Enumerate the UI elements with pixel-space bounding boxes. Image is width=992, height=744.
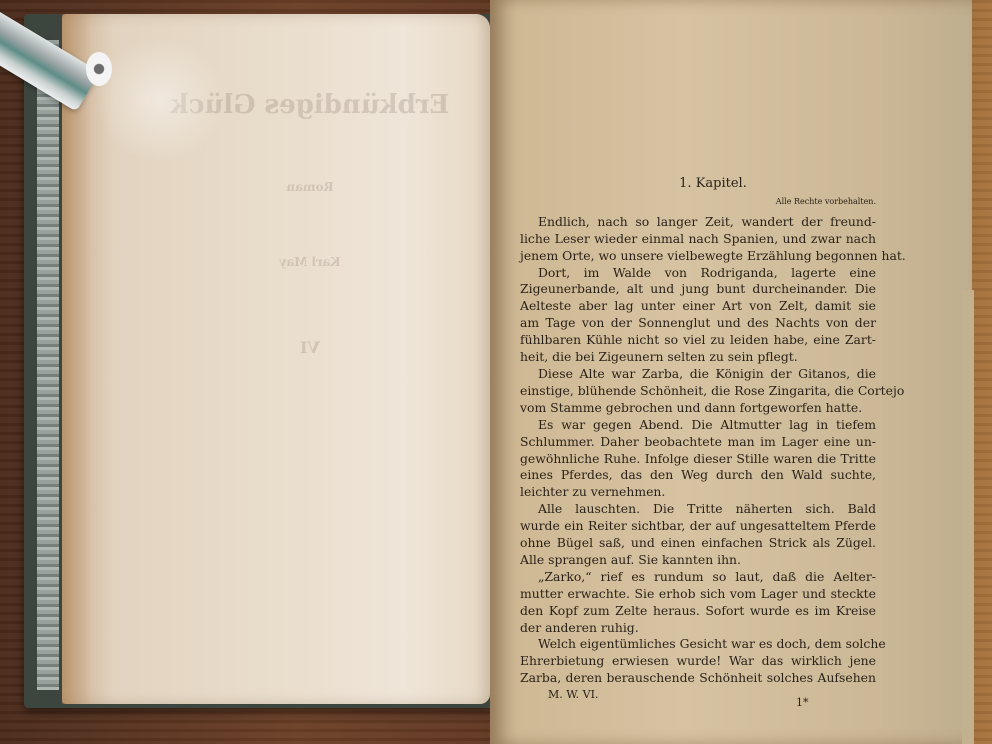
printer-signature: M. W. VI. [548, 687, 598, 704]
text-line: gewöhnliche Ruhe. Infolge dieser Stille … [520, 451, 876, 468]
text-line: ohne Bügel saß, und einen einfachen Stri… [520, 535, 876, 552]
page-footer: M. W. VI. 1* [520, 687, 876, 705]
text-line: Aelteste aber lag unter einer Art von Ze… [520, 298, 876, 315]
text-line: „Zarko,“ rief es rundum so laut, daß die… [520, 569, 876, 586]
light-glare [90, 40, 230, 160]
text-line: Alle lauschten. Die Tritte näherten sich… [520, 501, 876, 518]
text-line: der anderen ruhig. [520, 620, 876, 637]
text-line: Alle sprangen auf. Sie kannten ihn. [520, 552, 876, 569]
text-line: liche Leser wieder einmal nach Spanien, … [520, 231, 876, 248]
text-line: Diese Alte war Zarba, die Königin der Gi… [520, 366, 876, 383]
text-line: Ehrerbietung erwiesen wurde! War das wir… [520, 653, 876, 670]
text-line: Schlummer. Daher beobachtete man im Lage… [520, 434, 876, 451]
text-line: Endlich, nach so langer Zeit, wandert de… [520, 214, 876, 231]
show-through-line: Roman [250, 180, 370, 194]
page-stain [62, 14, 92, 704]
text-line: Es war gegen Abend. Die Altmutter lag in… [520, 417, 876, 434]
text-line: vom Stamme gebrochen und dann fortgeworf… [520, 400, 876, 417]
marbled-endpaper-edge [37, 40, 59, 690]
pen-end-cap [86, 52, 112, 86]
show-through-line: Karl May [250, 255, 370, 269]
text-line: jenem Orte, wo unsere vielbewegte Erzähl… [520, 248, 876, 265]
page-number: 1* [796, 695, 809, 712]
printed-text-block: 1. Kapitel. Alle Rechte vorbehalten. End… [520, 176, 876, 705]
text-line: leichter zu vernehmen. [520, 484, 876, 501]
torn-page-edge [962, 290, 974, 744]
text-line: fühlbaren Kühle nicht so viel zu leiden … [520, 332, 876, 349]
text-line: wurde ein Reiter sichtbar, der auf unges… [520, 518, 876, 535]
text-line: den Kopf zum Zelte heraus. Sofort wurde … [520, 603, 876, 620]
rights-notice: Alle Rechte vorbehalten. [520, 194, 876, 211]
text-line: eines Pferdes, das den Weg durch den Wal… [520, 467, 876, 484]
show-through-line: VI [270, 338, 350, 357]
text-line: Welch eigentümliches Gesicht war es doch… [520, 636, 876, 653]
text-line: mutter erwachte. Sie erhob sich vom Lage… [520, 586, 876, 603]
body-text: Endlich, nach so langer Zeit, wandert de… [520, 214, 876, 687]
text-line: heit, die bei Zigeunern selten zu sein p… [520, 349, 876, 366]
text-line: einstige, blühende Schönheit, die Rose Z… [520, 383, 876, 400]
text-line: Zarba, deren berauschende Schönheit solc… [520, 670, 876, 687]
chapter-heading: 1. Kapitel. [550, 176, 876, 193]
text-line: Zigeunerbande, alt und jung bunt durchei… [520, 281, 876, 298]
text-line: Dort, im Walde von Rodriganda, lagerte e… [520, 265, 876, 282]
text-line: am Tage von der Sonnenglut und des Nacht… [520, 315, 876, 332]
